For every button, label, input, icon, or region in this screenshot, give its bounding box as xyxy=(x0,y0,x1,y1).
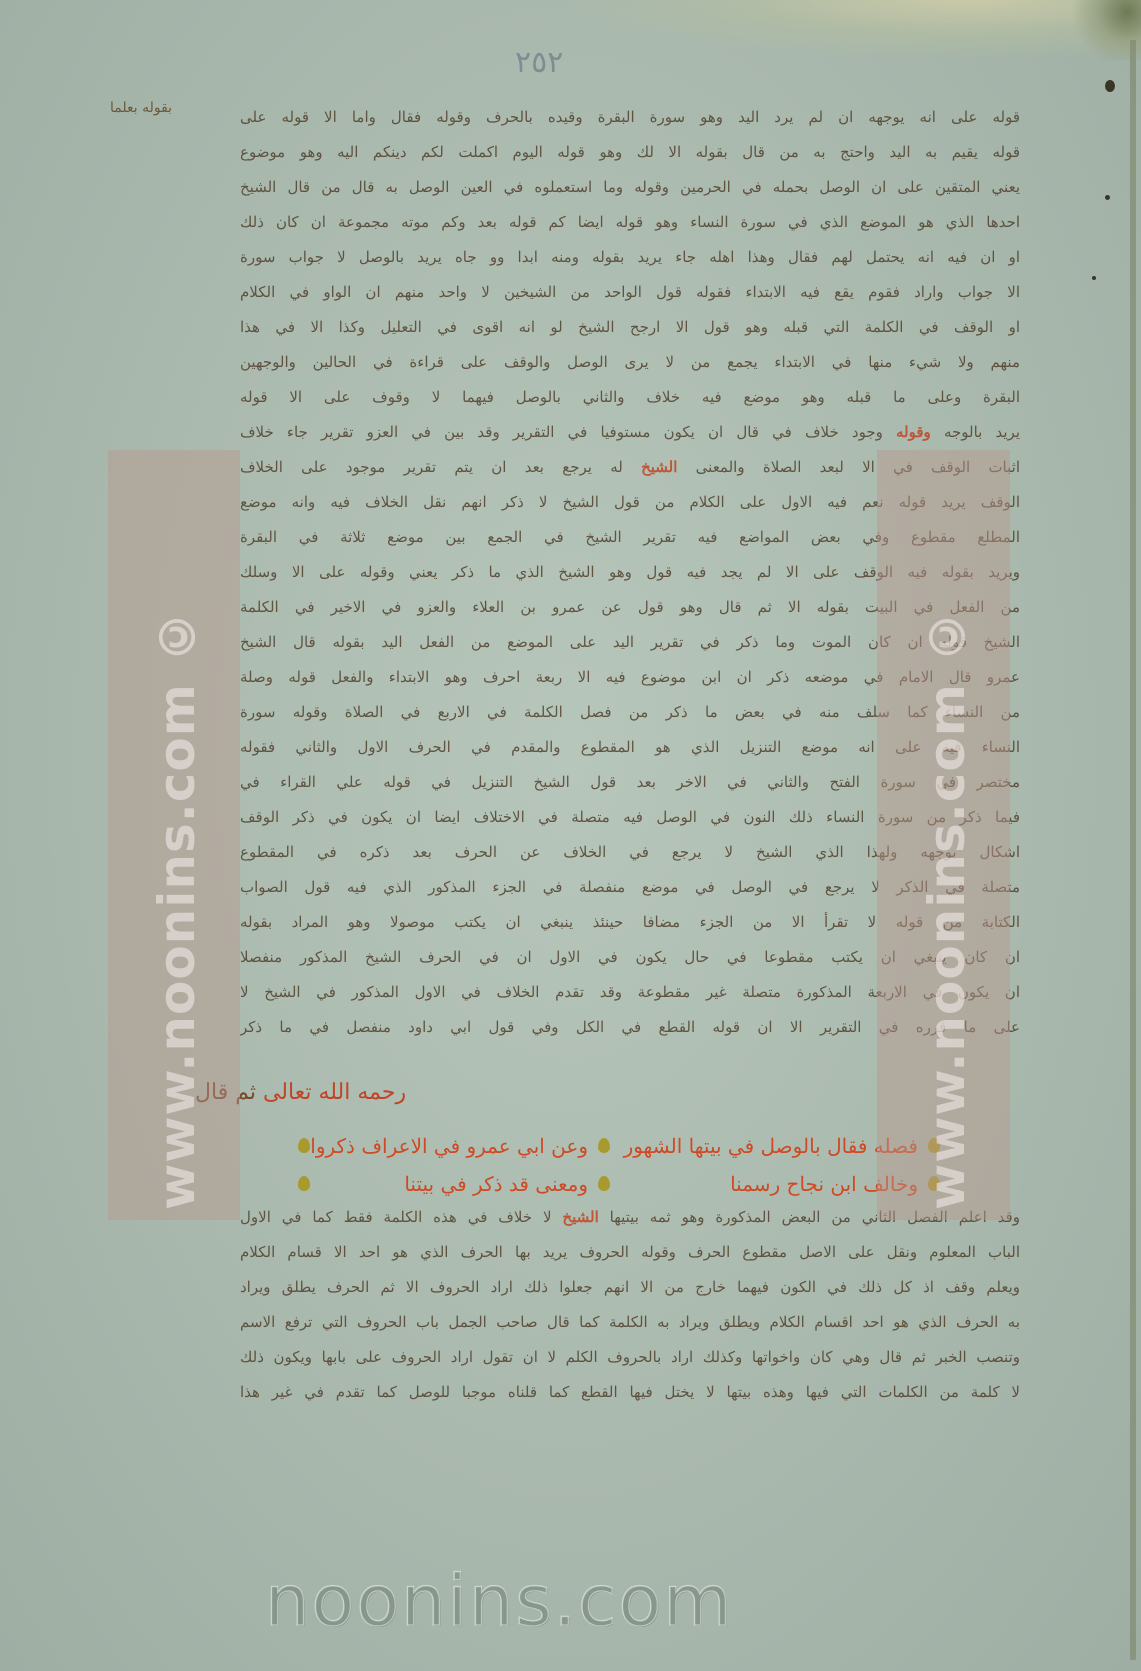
text-line: قوله يقيم به اليد واحتج به من قال بقوله … xyxy=(240,135,1020,170)
text-line: او ان فيه انه يحتمل لهم فقال وهذا اهله ج… xyxy=(240,240,1020,275)
text-line: لا كلمة من الكلمات التي فيها وهذه بيتها … xyxy=(240,1375,1020,1410)
verse-hemistich-right: فصله فقال بالوصل في بيتها الشهور xyxy=(624,1128,918,1164)
torn-top-edge xyxy=(560,0,1140,60)
text-line: يريد بالوجه وقوله وجود خلاف في قال ان يك… xyxy=(240,415,1020,450)
wormhole xyxy=(1105,80,1115,92)
text-line: منهم ولا شيء منها في الابتداء يجمع من لا… xyxy=(240,345,1020,380)
text-line: البقرة وعلى ما قبله وهو موضع فيه خلاف وا… xyxy=(240,380,1020,415)
text-line: ويعلم وقف اذ كل ذلك في الكون فيهما خارج … xyxy=(240,1270,1020,1305)
heading-red-text: رحمه الله تعالى xyxy=(263,1080,406,1105)
verse-dot-icon xyxy=(298,1176,310,1191)
text-line: او الوقف في الكلمة التي قبله وهو قول الا… xyxy=(240,310,1020,345)
margin-note: بقوله بعلما xyxy=(110,100,172,116)
text-line: يعني المتقين على ان الوصل بحمله في الحرم… xyxy=(240,170,1020,205)
rubric-word: الشيخ xyxy=(641,458,677,476)
manuscript-page: ٢٥٢ بقوله بعلما قوله على انه يوجهه ان لم… xyxy=(0,0,1141,1671)
rubric-word: الشيخ xyxy=(562,1208,598,1226)
text-line: احدها الذي هو الموضع الذي في سورة النساء… xyxy=(240,205,1020,240)
page-spine-edge xyxy=(1130,40,1136,1660)
rubric-word: وقوله xyxy=(896,423,931,441)
text-line: وتنصب الخبر ثم قال وهي كان واخواتها وكذل… xyxy=(240,1340,1020,1375)
verse-hemistich-left: وعن ابي عمرو في الاعراف ذكروا xyxy=(310,1128,588,1164)
text-line: الباب المعلوم ونقل على الاصل مقطوع الحرف… xyxy=(240,1235,1020,1270)
text-line: قوله على انه يوجهه ان لم يرد اليد وهو سو… xyxy=(240,100,1020,135)
verse-line-2: وخالف ابن نجاح رسمنا ومعنى قد ذكر في بيت… xyxy=(300,1166,940,1202)
watermark-bottom: noonins.com xyxy=(265,1560,733,1642)
text-line: به الحرف الذي هو احد اقسام الكلام ويطلق … xyxy=(240,1305,1020,1340)
wormhole xyxy=(1092,276,1096,280)
verse-dot-icon xyxy=(598,1138,610,1153)
watermark-vertical-right: www.noonins.com © xyxy=(918,460,976,1210)
verse-dot-icon xyxy=(598,1176,610,1191)
wormhole xyxy=(1105,195,1110,200)
verse-line-1: فصله فقال بالوصل في بيتها الشهور وعن ابي… xyxy=(300,1128,940,1164)
folio-number: ٢٥٢ xyxy=(515,45,563,80)
verse-hemistich-left: ومعنى قد ذكر في بيتنا xyxy=(404,1166,588,1202)
watermark-vertical-left: www.noonins.com © xyxy=(148,460,206,1210)
main-text-lower: وقد اعلم الفصل الثاني من البعض المذكورة … xyxy=(240,1200,1020,1410)
verse-dot-icon xyxy=(298,1138,310,1153)
text-line: الا جواب واراد فقوم يقع فيه الابتداء فقو… xyxy=(240,275,1020,310)
